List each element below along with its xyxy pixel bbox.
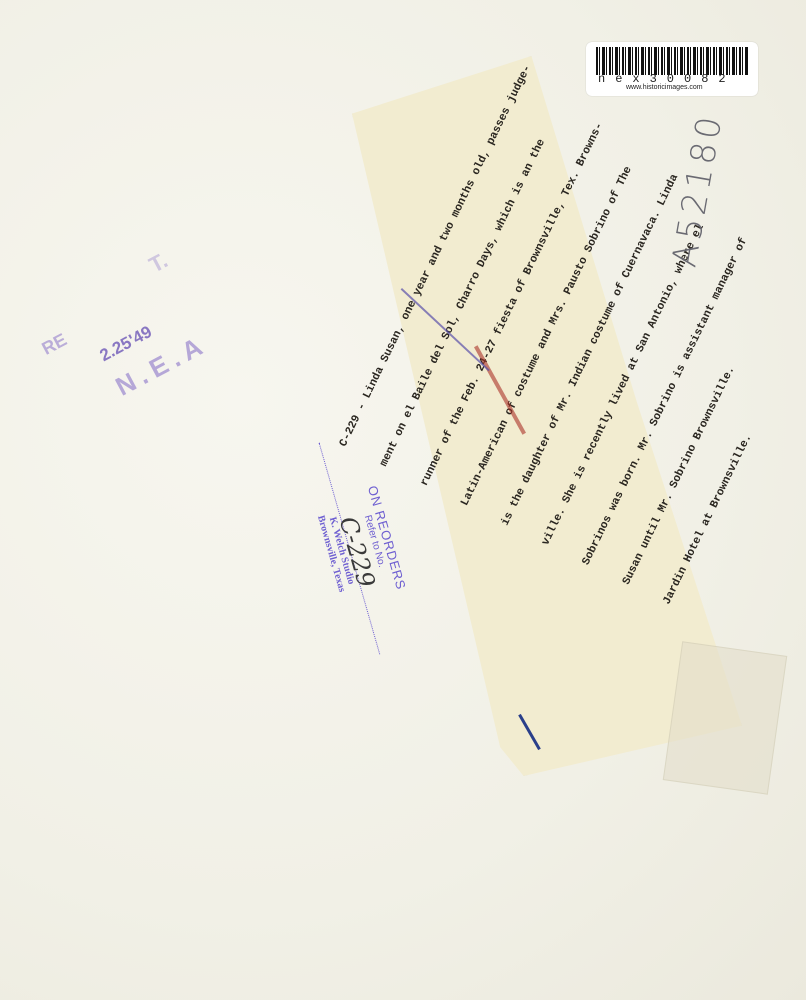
caption-line: ment on el Baile del Sol, Charro Days, w… xyxy=(377,0,618,469)
stamp-fragment-ref: RE xyxy=(39,329,71,359)
stamp-fragment-top: T. xyxy=(145,248,172,279)
caption-line: ville. She is recently lived at San Anto… xyxy=(539,74,780,548)
tape-piece xyxy=(663,641,787,794)
caption-line: Latin-American of costume and Mrs. Paust… xyxy=(458,35,699,509)
